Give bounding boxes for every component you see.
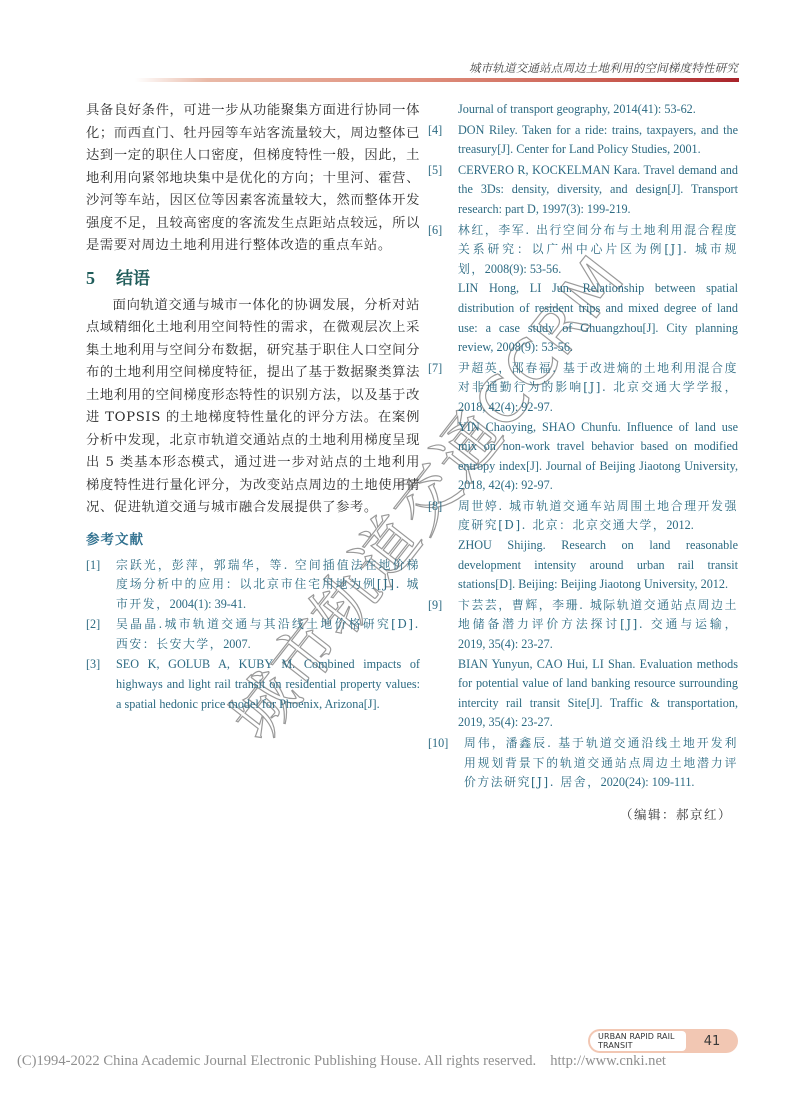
cnki-url[interactable]: http://www.cnki.net <box>550 1053 666 1069</box>
reference-item: [2] 吴晶晶.城市轨道交通与其沿线土地价格研究[D]. 西安：长安大学，200… <box>86 615 420 654</box>
reference-item: [3] SEO K, GOLUB A, KUBY M. Combined imp… <box>86 655 420 714</box>
reference-item: [5] CERVERO R, KOCKELMAN Kara. Travel de… <box>428 161 738 220</box>
journal-name: URBAN RAPID RAIL TRANSIT <box>590 1031 686 1051</box>
reference-list-right: Journal of transport geography, 2014(41)… <box>428 100 738 793</box>
reference-item: [7] 尹超英，邵春福. 基于改进熵的土地利用混合度对非通勤行为的影响[J]. … <box>428 359 738 496</box>
section-number: 5 <box>86 266 116 290</box>
reference-item: [6] 林红，李军. 出行空间分布与土地利用混合程度关系研究：以广州中心片区为例… <box>428 221 738 358</box>
reference-list-left: [1] 宗跃光，彭萍，郭瑞华，等. 空间插值法在地价梯度场分析中的应用：以北京市… <box>86 556 420 715</box>
section-title: 结语 <box>116 267 150 291</box>
reference-item: [9] 卞芸芸，曹辉，李珊. 城际轨道交通站点周边土地储备潜力评价方法探讨[J]… <box>428 596 738 733</box>
reference-item: [1] 宗跃光，彭萍，郭瑞华，等. 空间插值法在地价梯度场分析中的应用：以北京市… <box>86 556 420 615</box>
right-column: Journal of transport geography, 2014(41)… <box>428 100 738 823</box>
conclusion-paragraph: 面向轨道交通与城市一体化的协调发展，分析对站点域精细化土地利用空间特性的需求，在… <box>86 295 420 520</box>
references-heading: 参考文献 <box>86 528 420 548</box>
continued-paragraph: 具备良好条件，可进一步从功能聚集方面进行协同一体化；而西直门、牡丹园等车站客流量… <box>86 100 420 258</box>
editor-note: （编辑：郝京红） <box>428 805 738 823</box>
reference-item: [8] 周世婷. 城市轨道交通车站周围土地合理开发强度研究[D]. 北京：北京交… <box>428 497 738 595</box>
running-title: 城市轨道交通站点周边土地利用的空间梯度特性研究 <box>469 60 738 76</box>
page-number: 41 <box>686 1034 738 1049</box>
reference-item-continued: Journal of transport geography, 2014(41)… <box>428 100 738 120</box>
copyright-text: (C)1994-2022 China Academic Journal Elec… <box>17 1053 536 1069</box>
copyright-line: (C)1994-2022 China Academic Journal Elec… <box>17 1053 666 1070</box>
reference-item: [4] DON Riley. Taken for a ride: trains,… <box>428 121 738 160</box>
header-rule <box>135 78 739 82</box>
journal-badge: URBAN RAPID RAIL TRANSIT 41 <box>588 1029 738 1053</box>
section-heading: 5 结语 <box>86 266 420 291</box>
left-column: 具备良好条件，可进一步从功能聚集方面进行协同一体化；而西直门、牡丹园等车站客流量… <box>86 100 420 715</box>
reference-item: [10] 周伟，潘鑫辰. 基于轨道交通沿线土地开发利用规划背景下的轨道交通站点周… <box>428 734 738 793</box>
